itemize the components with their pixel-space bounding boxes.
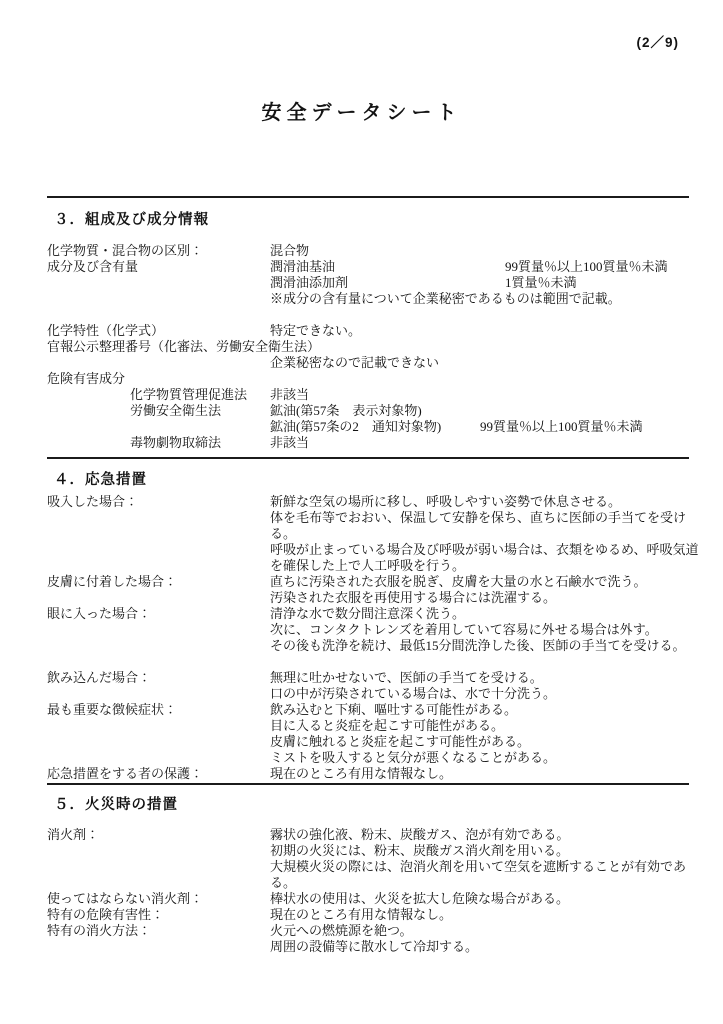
row-value: 初期の火災には、粉末、炭酸ガス消火剤を用いる。: [270, 843, 569, 859]
row-value: 汚染された衣服を再使用する場合には洗濯する。: [270, 590, 556, 606]
section-heading-first-aid: ４．応急措置: [54, 468, 147, 489]
document-row: 鉱油(第57条の2 通知対象物)99質量％以上100質量％未満: [47, 419, 689, 435]
row-value: 皮膚に触れると炎症を起こす可能性がある。: [270, 734, 530, 750]
document-row: 呼吸が止まっている場合及び呼吸が弱い場合は、衣類をゆるめ、呼吸気道: [47, 542, 689, 558]
row-label: 飲み込んだ場合：: [47, 670, 151, 686]
row-value: 非該当: [270, 387, 309, 403]
document-row: 化学特性（化学式）特定できない。: [47, 323, 689, 339]
row-note: 99質量％以上100質量％未満: [480, 419, 643, 435]
row-value: 無理に吐かせないで、医師の手当てを受ける。: [270, 670, 543, 686]
section-divider-line: [47, 196, 689, 198]
document-row: 潤滑油添加剤1質量％未満: [47, 275, 689, 291]
document-row: ミストを吸入すると気分が悪くなることがある。: [47, 750, 689, 766]
row-label: 化学物質管理促進法: [130, 387, 247, 403]
document-row: 危険有害成分: [47, 371, 689, 387]
document-row: 眼に入った場合：清浄な水で数分間注意深く洗う。: [47, 606, 689, 622]
row-value: る。: [270, 526, 296, 542]
row-label: 成分及び含有量: [47, 259, 138, 275]
row-value: 体を毛布等でおおい、保温して安静を保ち、直ちに医師の手当てを受け: [270, 510, 686, 526]
row-value: 直ちに汚染された衣服を脱ぎ、皮膚を大量の水と石鹸水で洗う。: [270, 574, 646, 590]
row-value: 周囲の設備等に散水して冷却する。: [270, 939, 478, 955]
document-row: 特有の消火方法：火元への燃焼源を絶つ。: [47, 923, 689, 939]
row-label: 使ってはならない消火剤：: [47, 891, 203, 907]
row-value: 混合物: [270, 243, 309, 259]
row-label: 特有の危険有害性：: [47, 907, 164, 923]
document-row: 最も重要な徴候症状：飲み込むと下痢、嘔吐する可能性がある。: [47, 702, 689, 718]
document-row: 次に、コンタクトレンズを着用していて容易に外せる場合は外す。: [47, 622, 689, 638]
row-value: 火元への燃焼源を絶つ。: [270, 923, 412, 939]
document-row: 化学物質・混合物の区別：混合物: [47, 243, 689, 259]
document-row: 周囲の設備等に散水して冷却する。: [47, 939, 689, 955]
row-value: 現在のところ有用な情報なし。: [270, 766, 452, 782]
document-row: 毒物劇物取締法非該当: [47, 435, 689, 451]
row-label: 労働安全衛生法: [130, 403, 221, 419]
section-body-fire-fighting: 消火剤：霧状の強化液、粉末、炭酸ガス、泡が有効である。初期の火災には、粉末、炭酸…: [47, 827, 689, 955]
section-body-composition: 化学物質・混合物の区別：混合物成分及び含有量潤滑油基油99質量％以上100質量％…: [47, 243, 689, 451]
document-row: 目に入ると炎症を起こす可能性がある。: [47, 718, 689, 734]
document-row: その後も洗浄を続け、最低15分間洗浄した後、医師の手当てを受ける。: [47, 638, 689, 654]
row-value: 飲み込むと下痢、嘔吐する可能性がある。: [270, 702, 517, 718]
row-value: ※成分の含有量について企業秘密であるものは範囲で記載。: [270, 291, 621, 307]
row-label: 危険有害成分: [47, 371, 125, 387]
document-row: 初期の火災には、粉末、炭酸ガス消火剤を用いる。: [47, 843, 689, 859]
document-row: 企業秘密なので記載できない: [47, 355, 689, 371]
sds-document-page: (2／9) 安全データシート ３．組成及び成分情報 化学物質・混合物の区別：混合…: [0, 0, 723, 1024]
row-value: ミストを吸入すると気分が悪くなることがある。: [270, 750, 556, 766]
row-label: 皮膚に付着した場合：: [47, 574, 177, 590]
row-label: 応急措置をする者の保護：: [47, 766, 203, 782]
row-value: 特定できない。: [270, 323, 361, 339]
row-value: 清浄な水で数分間注意深く洗う。: [270, 606, 465, 622]
section-divider-line: [47, 783, 689, 785]
section-divider-line: [47, 457, 689, 459]
document-row: 化学物質管理促進法非該当: [47, 387, 689, 403]
page-number: (2／9): [636, 31, 679, 51]
document-row: 皮膚に触れると炎症を起こす可能性がある。: [47, 734, 689, 750]
row-value: 呼吸が止まっている場合及び呼吸が弱い場合は、衣類をゆるめ、呼吸気道: [270, 542, 698, 558]
row-note: 1質量％未満: [505, 275, 577, 291]
row-label: 眼に入った場合：: [47, 606, 151, 622]
row-value: その後も洗浄を続け、最低15分間洗浄した後、医師の手当てを受ける。: [270, 638, 685, 654]
row-value: 棒状水の使用は、火災を拡大し危険な場合がある。: [270, 891, 569, 907]
document-row: 吸入した場合：新鮮な空気の場所に移し、呼吸しやすい姿勢で休息させる。: [47, 494, 689, 510]
document-row: を確保した上で人工呼吸を行う。: [47, 558, 689, 574]
document-row: 皮膚に付着した場合：直ちに汚染された衣服を脱ぎ、皮膚を大量の水と石鹸水で洗う。: [47, 574, 689, 590]
row-value: 次に、コンタクトレンズを着用していて容易に外せる場合は外す。: [270, 622, 658, 638]
section-body-first-aid: 吸入した場合：新鮮な空気の場所に移し、呼吸しやすい姿勢で休息させる。体を毛布等で…: [47, 494, 689, 782]
row-value: 霧状の強化液、粉末、炭酸ガス、泡が有効である。: [270, 827, 569, 843]
row-label: 最も重要な徴候症状：: [47, 702, 177, 718]
document-row: 使ってはならない消火剤：棒状水の使用は、火災を拡大し危険な場合がある。: [47, 891, 689, 907]
document-row: 応急措置をする者の保護：現在のところ有用な情報なし。: [47, 766, 689, 782]
row-label: 化学物質・混合物の区別：: [47, 243, 203, 259]
row-label: 消火剤：: [47, 827, 99, 843]
row-value: る。: [270, 875, 296, 891]
row-value: 鉱油(第57条の2 通知対象物): [270, 419, 441, 435]
document-row: 大規模火災の際には、泡消火剤を用いて空気を遮断することが有効であ: [47, 859, 689, 875]
document-row: 飲み込んだ場合：無理に吐かせないで、医師の手当てを受ける。: [47, 670, 689, 686]
row-value: 大規模火災の際には、泡消火剤を用いて空気を遮断することが有効であ: [270, 859, 686, 875]
document-row: 汚染された衣服を再使用する場合には洗濯する。: [47, 590, 689, 606]
row-value: 潤滑油基油: [270, 259, 335, 275]
document-row: 労働安全衛生法鉱油(第57条 表示対象物): [47, 403, 689, 419]
document-row: 口の中が汚染されている場合は、水で十分洗う。: [47, 686, 689, 702]
row-label: 化学特性（化学式）: [47, 323, 164, 339]
section-heading-fire-fighting: ５．火災時の措置: [54, 793, 178, 814]
row-label: 毒物劇物取締法: [130, 435, 221, 451]
row-value: を確保した上で人工呼吸を行う。: [270, 558, 465, 574]
row-label: 吸入した場合：: [47, 494, 138, 510]
document-row: る。: [47, 875, 689, 891]
document-row: 体を毛布等でおおい、保温して安静を保ち、直ちに医師の手当てを受け: [47, 510, 689, 526]
row-value: 企業秘密なので記載できない: [270, 355, 439, 371]
row-note: 99質量％以上100質量％未満: [505, 259, 668, 275]
section-heading-composition: ３．組成及び成分情報: [54, 208, 209, 229]
document-title: 安全データシート: [0, 96, 723, 125]
document-row: 消火剤：霧状の強化液、粉末、炭酸ガス、泡が有効である。: [47, 827, 689, 843]
row-label: 特有の消火方法：: [47, 923, 151, 939]
document-row: 成分及び含有量潤滑油基油99質量％以上100質量％未満: [47, 259, 689, 275]
row-value: 非該当: [270, 435, 309, 451]
row-value: 鉱油(第57条 表示対象物): [270, 403, 422, 419]
row-value: 現在のところ有用な情報なし。: [270, 907, 452, 923]
document-row: ※成分の含有量について企業秘密であるものは範囲で記載。: [47, 291, 689, 307]
document-row: 官報公示整理番号（化審法、労働安全衛生法）: [47, 339, 689, 355]
row-value: 新鮮な空気の場所に移し、呼吸しやすい姿勢で休息させる。: [270, 494, 621, 510]
row-value: 潤滑油添加剤: [270, 275, 348, 291]
blank-row: [47, 307, 689, 323]
document-row: 特有の危険有害性：現在のところ有用な情報なし。: [47, 907, 689, 923]
row-label: 官報公示整理番号（化審法、労働安全衛生法）: [47, 339, 320, 355]
document-row: る。: [47, 526, 689, 542]
row-value: 口の中が汚染されている場合は、水で十分洗う。: [270, 686, 556, 702]
blank-row: [47, 654, 689, 670]
row-value: 目に入ると炎症を起こす可能性がある。: [270, 718, 504, 734]
